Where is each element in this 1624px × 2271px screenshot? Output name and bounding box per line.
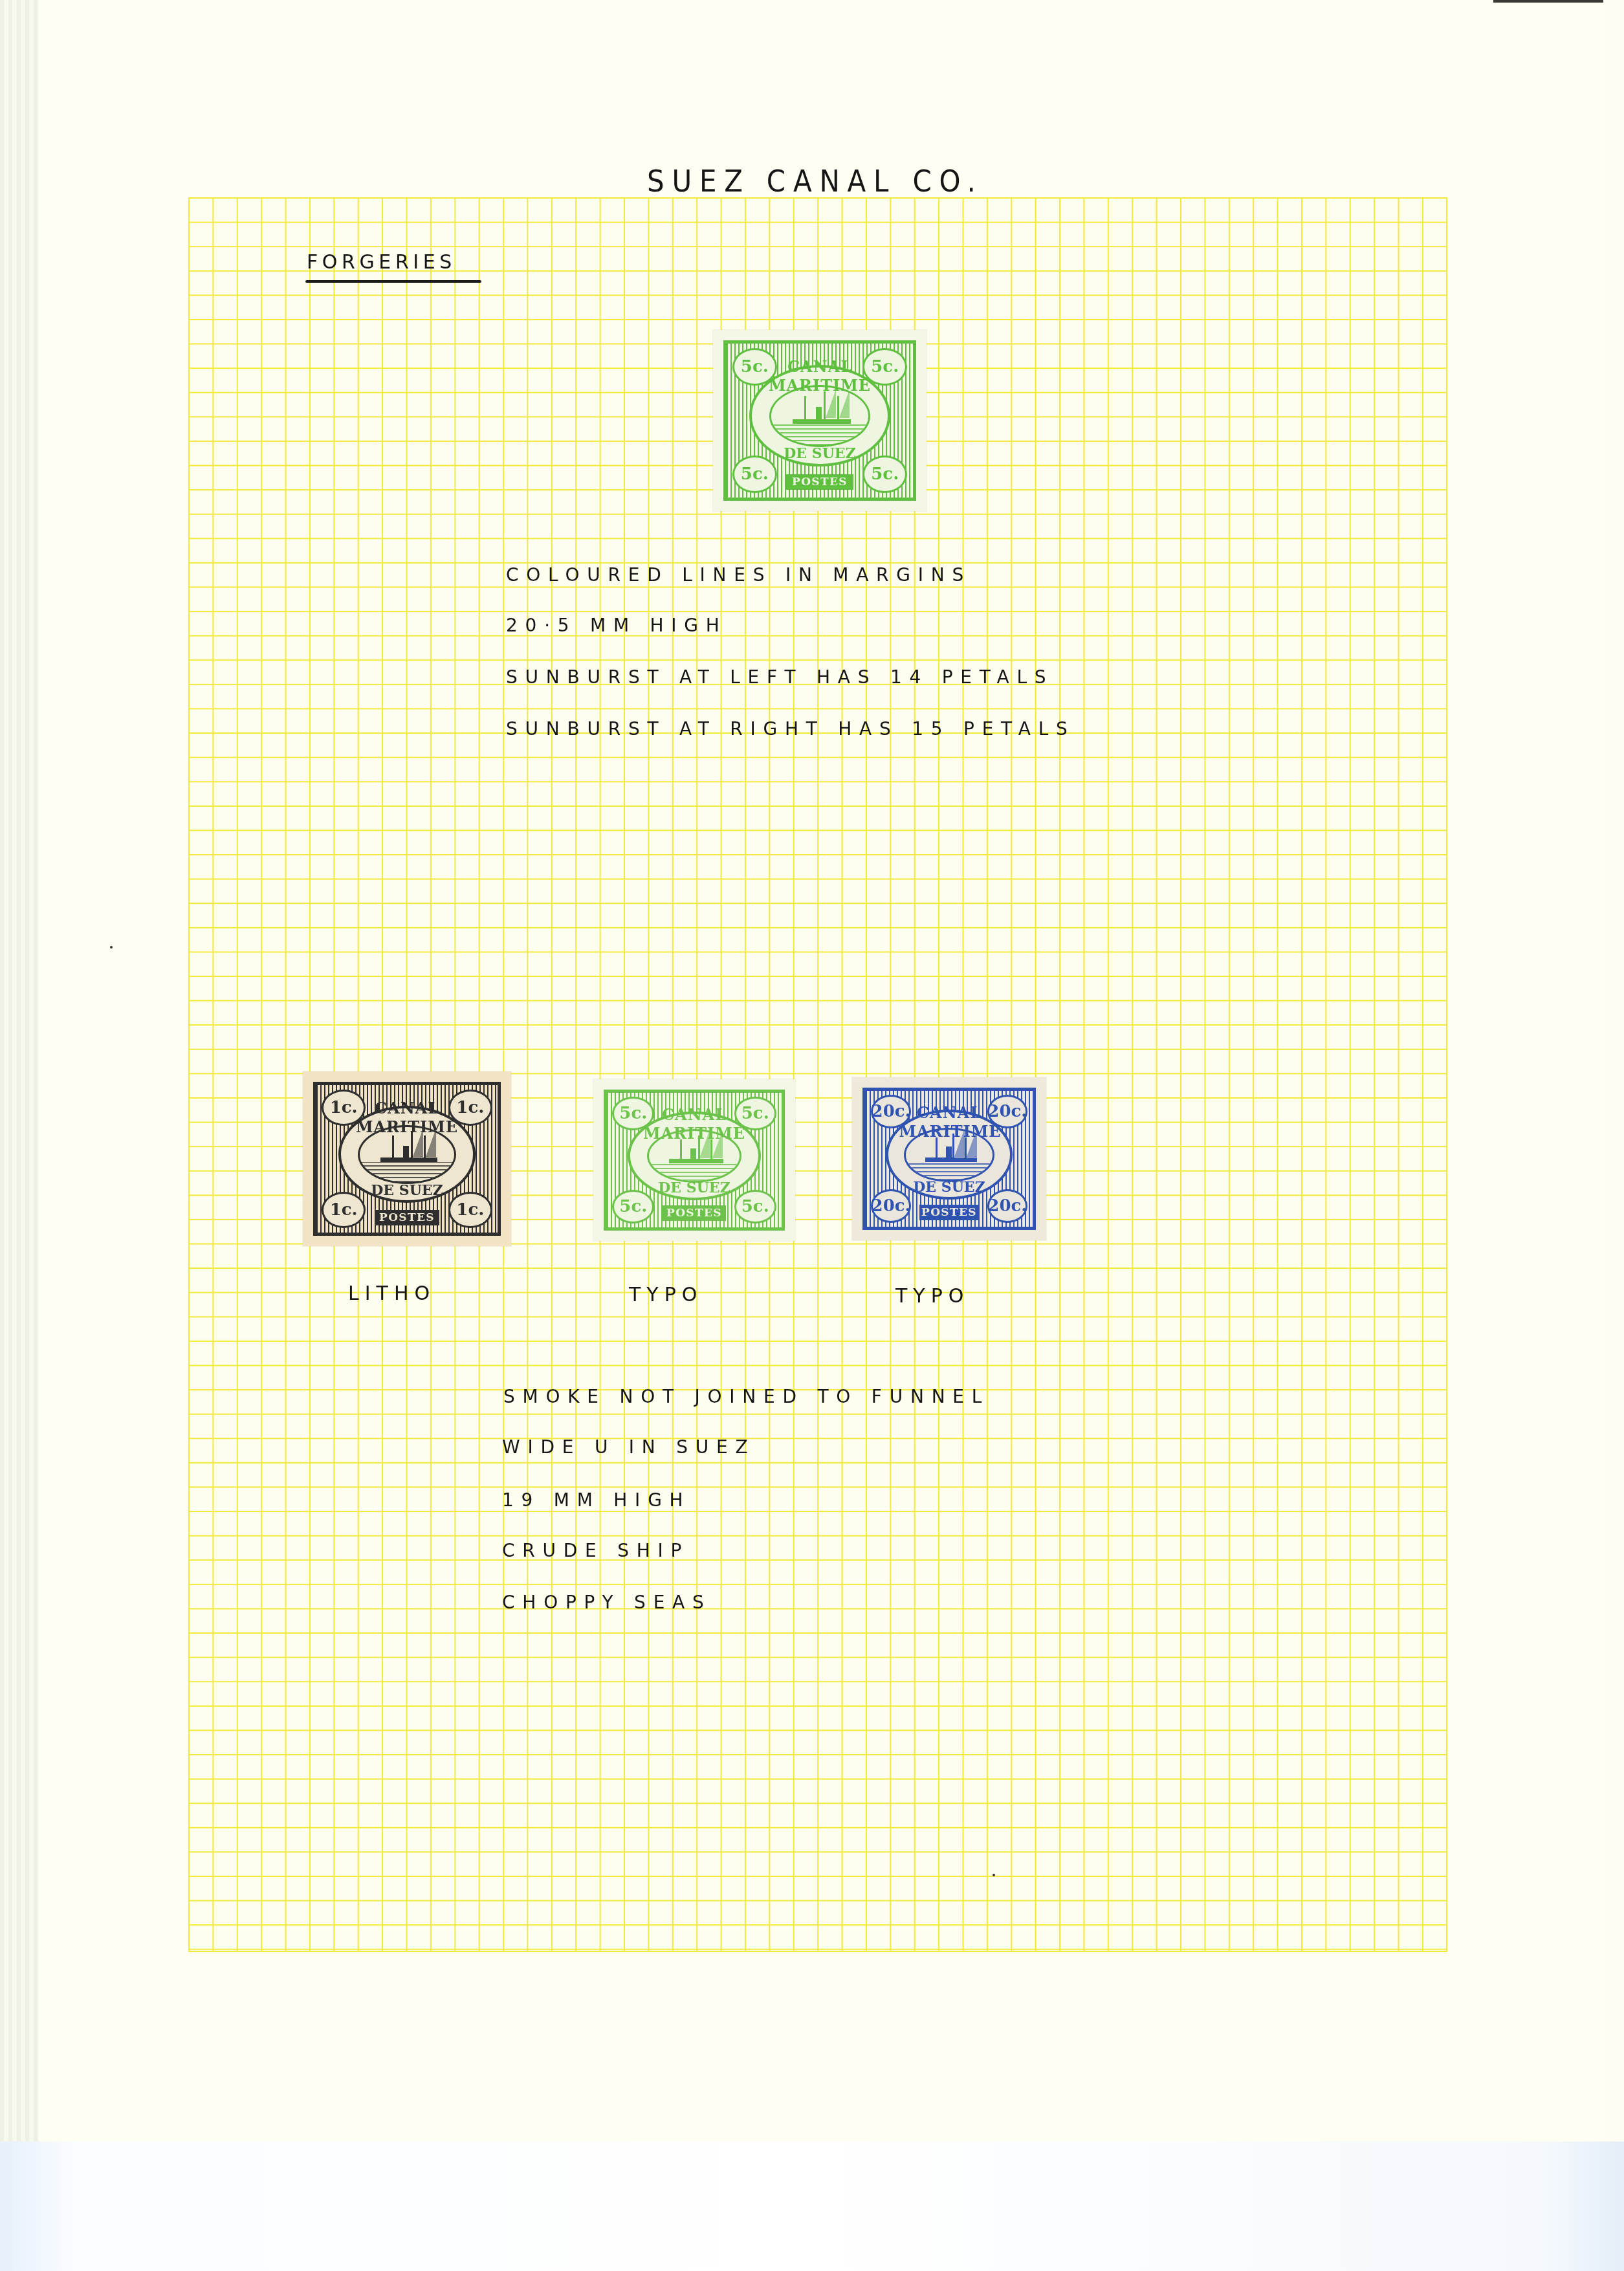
stamp-design: CANAL MARITIME DE SUEZ POSTES 5c. 5c. 5c… (604, 1090, 785, 1231)
stamp-middle-text: DE SUEZ (353, 1182, 461, 1199)
note-line: WIDE U IN SUEZ (502, 1436, 755, 1458)
stamp-middle-text: DE SUEZ (642, 1179, 747, 1196)
stamp-top-text: CANAL MARITIME (764, 357, 876, 395)
page-stack-edges (0, 0, 39, 2142)
note-line: SUNBURST AT RIGHT HAS 15 PETALS (506, 718, 1075, 740)
note-line: CRUDE SHIP (502, 1540, 689, 1561)
stamp-bottom-text: POSTES (663, 1205, 725, 1221)
stamp-typo-green: CANAL MARITIME DE SUEZ POSTES 5c. 5c. 5c… (593, 1079, 795, 1241)
stamp-bottom-text: POSTES (375, 1210, 440, 1225)
stamp-bottom-text: POSTES (786, 474, 853, 490)
stamp-design: CANAL MARITIME DE SUEZ POSTES 5c. 5c. 5c… (723, 340, 916, 501)
note-line: COLOURED LINES IN MARGINS (506, 564, 971, 586)
scanner-background (0, 2142, 1624, 2271)
page-title: SUEZ CANAL CO. (647, 164, 983, 199)
stamp-top-text: CANAL MARITIME (899, 1103, 1000, 1141)
stamp-label-typo: TYPO (895, 1285, 969, 1308)
note-line: 20·5 MM HIGH (506, 615, 727, 636)
scanner-edge (1493, 0, 1603, 3)
note-line: SMOKE NOT JOINED TO FUNNEL (503, 1386, 989, 1407)
stamp-litho-black: CANAL MARITIME DE SUEZ POSTES 1c. 1c. 1c… (303, 1071, 511, 1246)
section-heading: FORGERIES (307, 251, 456, 274)
note-line: CHOPPY SEAS (502, 1592, 712, 1613)
album-page: SUEZ CANAL CO. FORGERIES CANAL MARITIME … (0, 0, 1603, 2142)
ship-icon (925, 1157, 977, 1161)
section-heading-underline (305, 280, 481, 283)
stamp-bottom-text: POSTES (919, 1205, 980, 1220)
stamp-typo-blue: CANAL MARITIME DE SUEZ POSTES 20c. 20c. … (852, 1077, 1046, 1240)
note-line: SUNBURST AT LEFT HAS 14 PETALS (506, 666, 1053, 688)
stamp-design: CANAL MARITIME DE SUEZ POSTES 1c. 1c. 1c… (313, 1082, 501, 1236)
stamp-top-text: CANAL MARITIME (353, 1099, 461, 1136)
stamp-label-typo: TYPO (629, 1284, 703, 1306)
stamp-middle-text: DE SUEZ (899, 1179, 1000, 1196)
stamp-top-green: CANAL MARITIME DE SUEZ POSTES 5c. 5c. 5c… (713, 330, 927, 511)
ship-icon (380, 1157, 437, 1162)
paper-speck (993, 1874, 995, 1876)
ship-icon (669, 1159, 723, 1163)
stamp-middle-text: DE SUEZ (764, 445, 876, 462)
ship-icon (793, 419, 851, 424)
stamp-top-text: CANAL MARITIME (642, 1105, 747, 1143)
paper-speck (110, 946, 113, 949)
stamp-design: CANAL MARITIME DE SUEZ POSTES 20c. 20c. … (862, 1088, 1036, 1230)
note-line: 19 MM HIGH (502, 1489, 690, 1511)
stamp-label-litho: LITHO (348, 1282, 435, 1305)
